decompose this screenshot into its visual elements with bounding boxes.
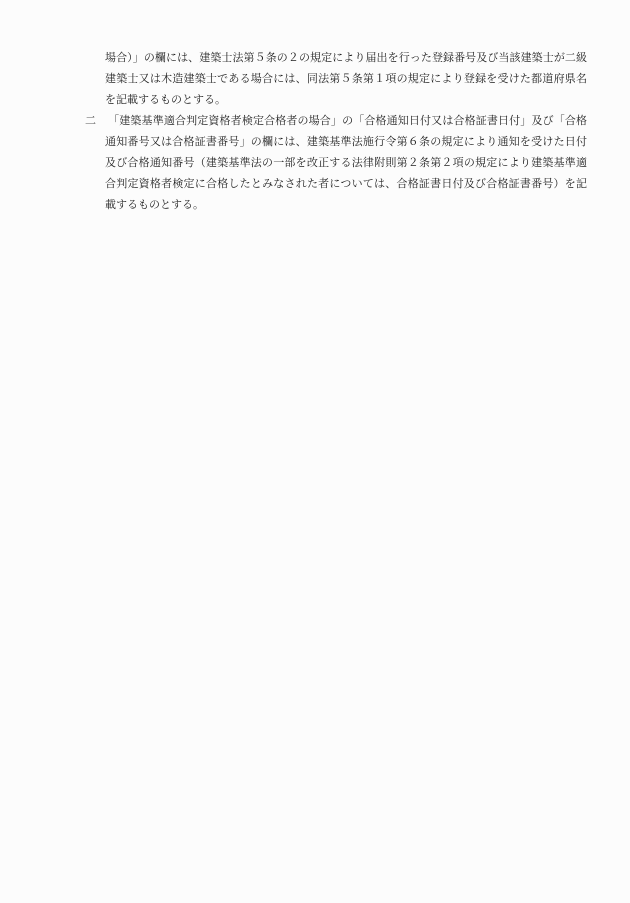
body-text-block: 場合）」の欄には、建築士法第５条の２の規定により届出を行った登録番号及び当該建築… [105, 47, 587, 215]
document-page: 場合）」の欄には、建築士法第５条の２の規定により届出を行った登録番号及び当該建築… [0, 0, 630, 903]
item-two: 二「建築基準適合判定資格者検定合格者の場合」の「合格通知日付又は合格証書日付」及… [105, 110, 587, 215]
item-two-text: 「建築基準適合判定資格者検定合格者の場合」の「合格通知日付又は合格証書日付」及び… [105, 114, 587, 211]
paragraph-continuation: 場合）」の欄には、建築士法第５条の２の規定により届出を行った登録番号及び当該建築… [105, 47, 587, 110]
item-two-marker: 二 [85, 114, 96, 127]
